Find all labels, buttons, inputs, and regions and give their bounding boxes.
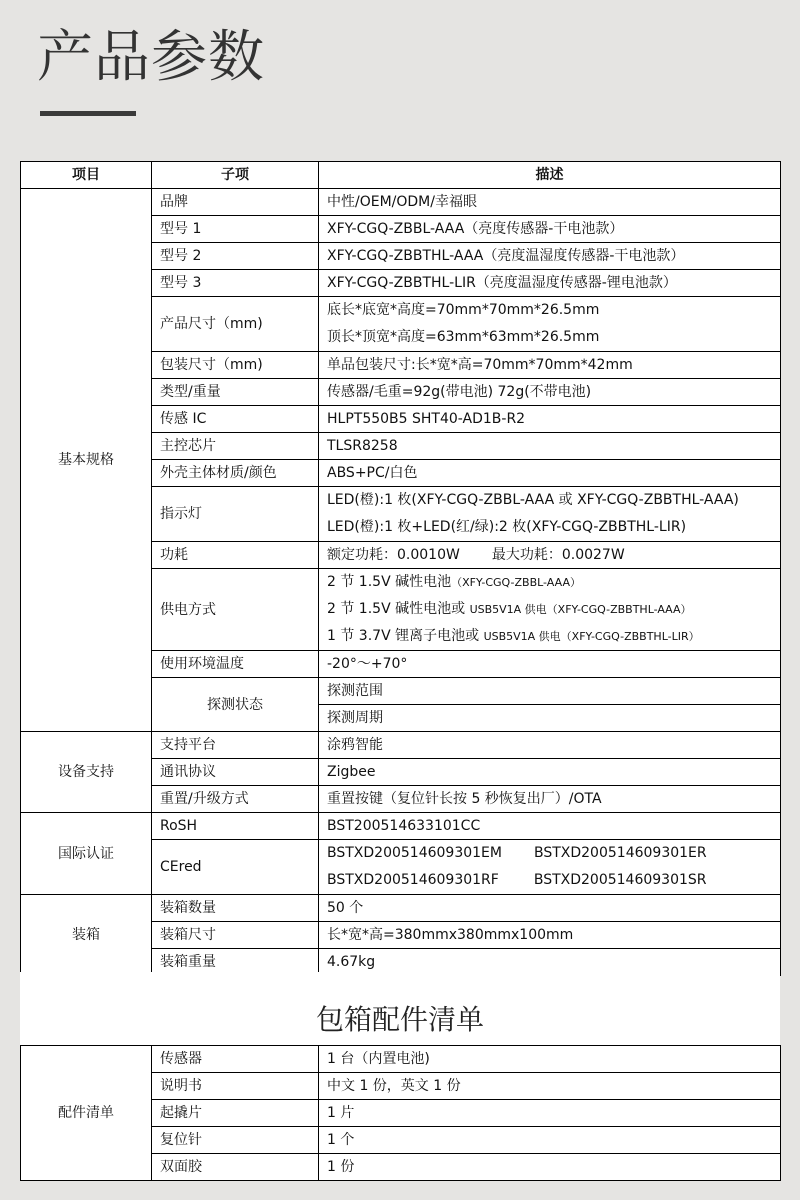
power-supply-main: 1 节 3.7V 锂离子电池或 — [327, 628, 479, 644]
row-label: 外壳主体材质/颜色 — [152, 460, 319, 487]
row-value: Zigbee — [319, 759, 781, 786]
group-certification: 国际认证 — [21, 813, 152, 895]
row-label: 探测周期 — [319, 705, 781, 732]
title-underline-divider — [40, 111, 136, 116]
row-label: 型号 1 — [152, 216, 319, 243]
row-label: 类型/重量 — [152, 379, 319, 406]
product-size-top: 顶长*顶宽*高度=63mm*63mm*26.5mm — [327, 324, 772, 351]
table-row: 设备支持 支持平台 涂鸦智能 — [21, 732, 781, 759]
max-power: 最大功耗：0.0027W — [492, 547, 625, 563]
table-header-row: 项目 子项 描述 — [21, 162, 781, 189]
group-device-support: 设备支持 — [21, 732, 152, 813]
power-supply-line-3: 1 节 3.7V 锂离子电池或 USB5V1A 供电（XFY-CGQ-ZBBTH… — [327, 623, 772, 650]
row-label: 指示灯 — [152, 487, 319, 542]
row-label: 主控芯片 — [152, 433, 319, 460]
group-carton: 装箱 — [21, 895, 152, 976]
accessory-qty: 1 个 — [319, 1127, 781, 1154]
accessory-name: 传感器 — [152, 1046, 319, 1073]
accessory-qty: 1 台（内置电池) — [319, 1046, 781, 1073]
group-detection: 探测状态 — [152, 678, 319, 732]
row-label: 包装尺寸（mm) — [152, 352, 319, 379]
row-label: 产品尺寸（mm) — [152, 297, 319, 352]
row-label: 通讯协议 — [152, 759, 319, 786]
row-label: 装箱数量 — [152, 895, 319, 922]
group-basic-specs: 基本规格 — [21, 189, 152, 732]
row-value: 重置按键（复位针长按 5 秒恢复出厂）/OTA — [319, 786, 781, 813]
row-label: CEred — [152, 840, 319, 895]
cert-number: BSTXD200514609301EM — [327, 845, 502, 861]
power-supply-note: （XFY-CGQ-ZBBL-AAA） — [451, 576, 581, 589]
row-value: BSTXD200514609301EMBSTXD200514609301ER B… — [319, 840, 781, 895]
accessories-table: 配件清单 传感器 1 台（内置电池) 说明书 中文 1 份，英文 1 份 起撬片… — [20, 1045, 781, 1181]
accessory-qty: 1 份 — [319, 1154, 781, 1181]
row-label: 使用环境温度 — [152, 651, 319, 678]
row-value: LED(橙):1 枚(XFY-CGQ-ZBBL-AAA 或 XFY-CGQ-ZB… — [319, 487, 781, 542]
row-label: 型号 2 — [152, 243, 319, 270]
table-row: 配件清单 传感器 1 台（内置电池) — [21, 1046, 781, 1073]
row-label: 支持平台 — [152, 732, 319, 759]
cered-line-1: BSTXD200514609301EMBSTXD200514609301ER — [327, 840, 772, 867]
row-value: XFY-CGQ-ZBBL-AAA（亮度传感器-干电池款） — [319, 216, 781, 243]
header-item: 项目 — [21, 162, 152, 189]
accessories-title: 包箱配件清单 — [20, 1000, 780, 1040]
row-value: TLSR8258 — [319, 433, 781, 460]
row-label: 供电方式 — [152, 569, 319, 651]
accessory-name: 说明书 — [152, 1073, 319, 1100]
row-value: HLPT550B5 SHT40-AD1B-R2 — [319, 406, 781, 433]
cert-number: BSTXD200514609301ER — [534, 845, 707, 861]
header-description: 描述 — [319, 162, 781, 189]
row-value: BST200514633101CC — [319, 813, 781, 840]
accessory-qty: 中文 1 份，英文 1 份 — [319, 1073, 781, 1100]
table-row: 基本规格 品牌 中性/OEM/ODM/幸福眼 — [21, 189, 781, 216]
row-label: 功耗 — [152, 542, 319, 569]
row-value: 50 个 — [319, 895, 781, 922]
table-row: 国际认证 RoSH BST200514633101CC — [21, 813, 781, 840]
power-supply-line-2: 2 节 1.5V 碱性电池或 USB5V1A 供电（XFY-CGQ-ZBBTHL… — [327, 596, 772, 623]
cered-line-2: BSTXD200514609301RFBSTXD200514609301SR — [327, 867, 772, 894]
row-label: 重置/升级方式 — [152, 786, 319, 813]
row-label: RoSH — [152, 813, 319, 840]
row-label: 探测范围 — [319, 678, 781, 705]
row-label: 装箱尺寸 — [152, 922, 319, 949]
product-size-bottom: 底长*底宽*高度=70mm*70mm*26.5mm — [327, 297, 772, 324]
row-value: 传感器/毛重=92g(带电池) 72g(不带电池) — [319, 379, 781, 406]
row-value: 长*宽*高=380mmx380mmx100mm — [319, 922, 781, 949]
row-value: ABS+PC/白色 — [319, 460, 781, 487]
row-label: 传感 IC — [152, 406, 319, 433]
row-value: 涂鸦智能 — [319, 732, 781, 759]
power-supply-main: 2 节 1.5V 碱性电池或 — [327, 601, 465, 617]
accessory-name: 双面胶 — [152, 1154, 319, 1181]
row-value: 单品包装尺寸:长*宽*高=70mm*70mm*42mm — [319, 352, 781, 379]
cert-number: BSTXD200514609301SR — [534, 872, 707, 888]
accessories-header-band: 包箱配件清单 — [20, 972, 780, 1045]
row-value: 额定功耗：0.0010W最大功耗：0.0027W — [319, 542, 781, 569]
power-supply-note: USB5V1A 供电（XFY-CGQ-ZBBTHL-LIR） — [484, 630, 700, 643]
indicator-line-1: LED(橙):1 枚(XFY-CGQ-ZBBL-AAA 或 XFY-CGQ-ZB… — [327, 487, 772, 514]
row-label: 品牌 — [152, 189, 319, 216]
row-value: 中性/OEM/ODM/幸福眼 — [319, 189, 781, 216]
power-supply-main: 2 节 1.5V 碱性电池 — [327, 574, 451, 590]
page-title: 产品参数 — [37, 22, 265, 94]
power-supply-line-1: 2 节 1.5V 碱性电池（XFY-CGQ-ZBBL-AAA） — [327, 569, 772, 596]
rated-power: 额定功耗：0.0010W — [327, 547, 460, 563]
accessory-qty: 1 片 — [319, 1100, 781, 1127]
power-supply-note: USB5V1A 供电（XFY-CGQ-ZBBTHL-AAA） — [470, 603, 692, 616]
table-row: 装箱 装箱数量 50 个 — [21, 895, 781, 922]
row-label: 型号 3 — [152, 270, 319, 297]
indicator-line-2: LED(橙):1 枚+LED(红/绿):2 枚(XFY-CGQ-ZBBTHL-L… — [327, 514, 772, 541]
group-accessories: 配件清单 — [21, 1046, 152, 1181]
spec-table: 项目 子项 描述 基本规格 品牌 中性/OEM/ODM/幸福眼 型号 1 XFY… — [20, 161, 781, 976]
row-value: 底长*底宽*高度=70mm*70mm*26.5mm 顶长*顶宽*高度=63mm*… — [319, 297, 781, 352]
accessory-name: 复位针 — [152, 1127, 319, 1154]
row-value: XFY-CGQ-ZBBTHL-LIR（亮度温湿度传感器-锂电池款） — [319, 270, 781, 297]
row-value: 2 节 1.5V 碱性电池（XFY-CGQ-ZBBL-AAA） 2 节 1.5V… — [319, 569, 781, 651]
header-subitem: 子项 — [152, 162, 319, 189]
row-value: XFY-CGQ-ZBBTHL-AAA（亮度温湿度传感器-干电池款） — [319, 243, 781, 270]
accessory-name: 起撬片 — [152, 1100, 319, 1127]
cert-number: BSTXD200514609301RF — [327, 872, 499, 888]
row-value: -20°～+70° — [319, 651, 781, 678]
